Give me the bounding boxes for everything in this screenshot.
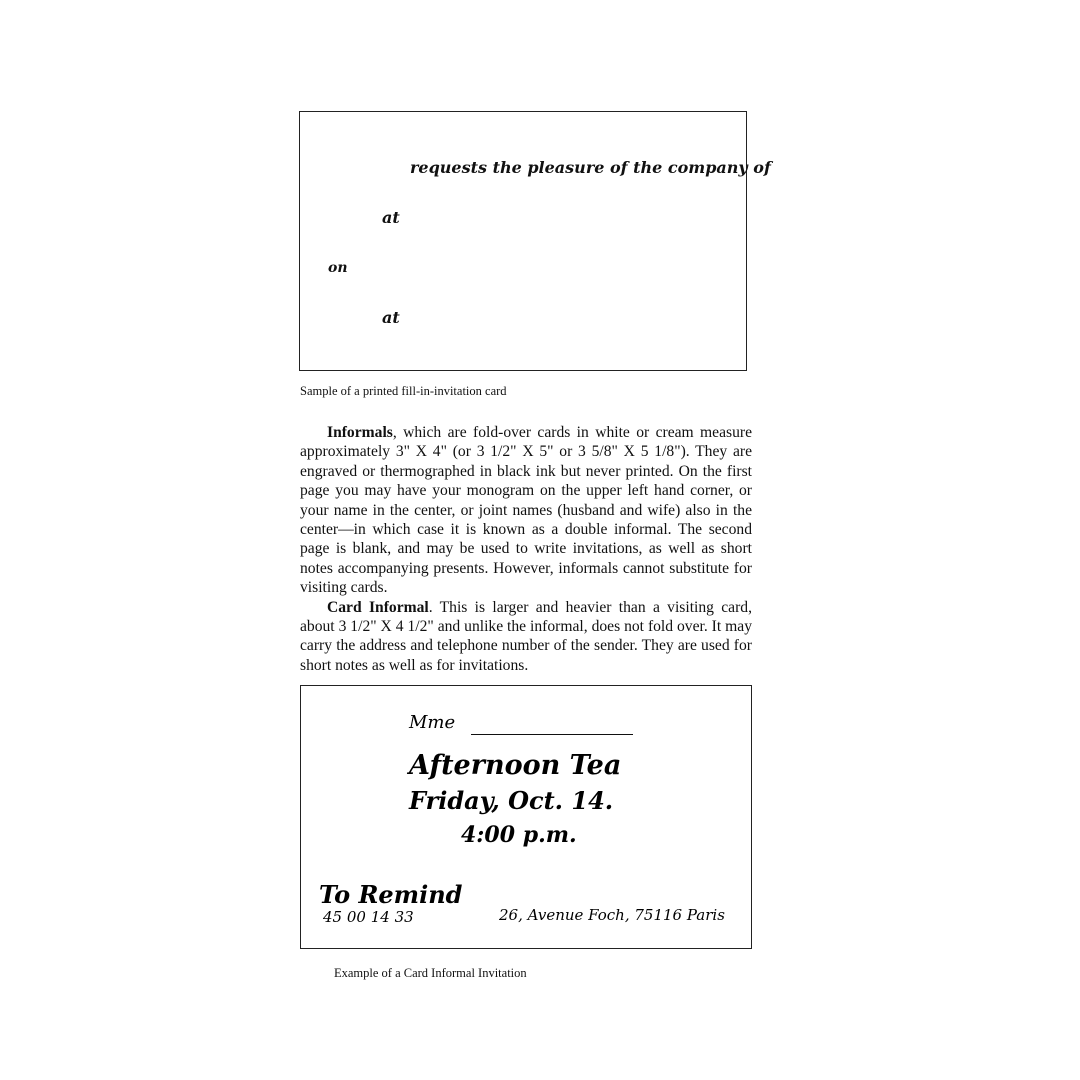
card-remind-note: To Remind — [319, 880, 462, 909]
document-page: requests the pleasure of the company of … — [0, 0, 1080, 1080]
card-address: 26, Avenue Foch, 75116 Paris — [499, 906, 725, 924]
fill-in-card-caption: Sample of a printed fill-in-invitation c… — [300, 384, 507, 399]
card-event-date: Friday, Oct. 14. — [409, 786, 613, 815]
card-on-line: on — [328, 260, 348, 276]
card-at-line-1: at — [382, 208, 400, 227]
paragraph-card-informal: Card Informal. This is larger and heavie… — [300, 598, 752, 676]
term-informals: Informals — [327, 424, 393, 441]
name-blank-line — [471, 734, 633, 735]
fill-in-invitation-card: requests the pleasure of the company of … — [299, 111, 747, 371]
paragraph-informals: Informals, which are fold-over cards in … — [300, 423, 752, 598]
card-event-time: 4:00 p.m. — [461, 822, 577, 848]
body-text: Informals, which are fold-over cards in … — [300, 423, 752, 675]
card-event-title: Afternoon Tea — [409, 750, 621, 781]
card-requests-line: requests the pleasure of the company of — [410, 158, 771, 177]
card-at-line-2: at — [382, 308, 400, 327]
card-salutation: Mme — [409, 712, 455, 733]
card-phone: 45 00 14 33 — [323, 908, 414, 926]
card-informal-caption: Example of a Card Informal Invitation — [334, 966, 527, 981]
card-informal-invitation: Mme Afternoon Tea Friday, Oct. 14. 4:00 … — [300, 685, 752, 949]
term-card-informal: Card Informal — [327, 599, 429, 616]
paragraph-informals-text: , which are fold-over cards in white or … — [300, 424, 752, 596]
